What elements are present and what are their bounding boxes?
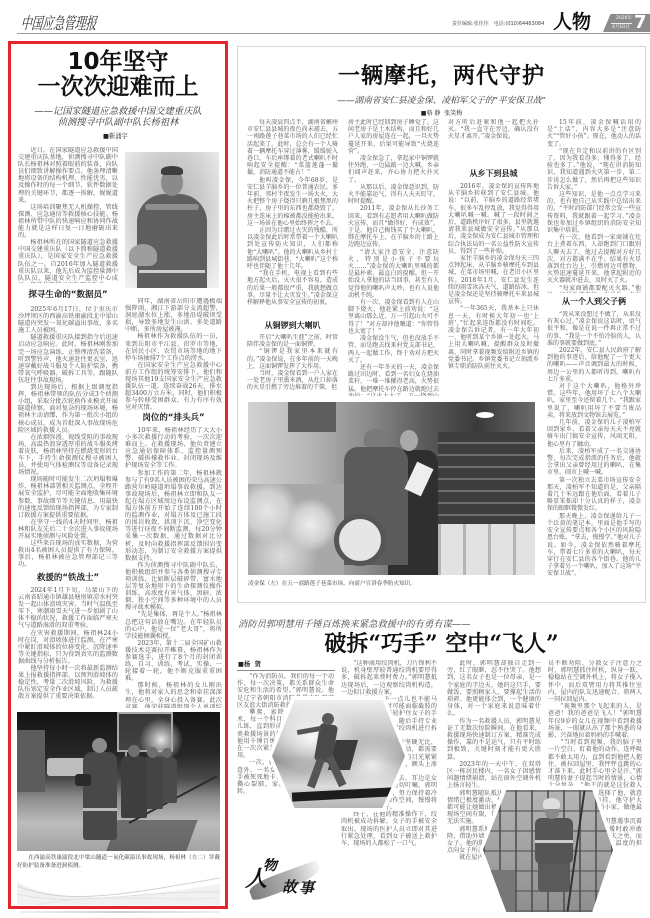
body-paragraph: 第一次独立去菜市场宣传安全那天，凌柏军不知道的是，父亲隔着几十米远跟在他后面，看… xyxy=(547,477,641,513)
byline-rule xyxy=(237,670,335,671)
body-paragraph: 同年，湖南省岳阳市遭遇极端强降雨，湘江下游部分支流超警，洞庭湖水位上涨，多地沿堤… xyxy=(125,298,222,333)
masthead-logo: 中国应急管理报 xyxy=(20,11,98,35)
section-heading: 从乡下到县城 xyxy=(448,168,539,179)
body-paragraph: “请大家注意安全，注意防火，特别是小孩子不要玩火……”凌金保的大喇叭里喊的都是最… xyxy=(348,249,439,299)
body-paragraph: “视频里那个飞起来的人，是爸爸！我的爸爸是飞人！”郭明慧年仅9岁的女儿在视频中看… xyxy=(548,703,642,739)
firefighter-yang-zulin xyxy=(83,752,117,840)
issue-date: 4月10日 xyxy=(612,25,630,30)
body-paragraph: 当时，凌金保看到一户人家在一处老房子里熏米酒，从灶口掉落的火星引燃了旁边堆着的干… xyxy=(247,370,338,392)
firefighter-figure xyxy=(121,756,147,818)
machinery xyxy=(17,730,45,792)
photo-caption: 在西渝高铁康渝段北中梁山隧道一氧化碳溢出事故现场，杨祖林（左二）穿戴好防护装备准… xyxy=(17,855,220,870)
subheadline-line-1: ——记国家隧道应急救援中国交建重庆队 xyxy=(11,106,225,117)
body-paragraph: 员不断劝阻、分散女子注意力之时，郭明慧抓住时机，纵身一跃，稳稳站在空调外机上，将… xyxy=(548,660,642,703)
body-paragraph: 那天晚上，凌金保递给儿子一个泛黄的笔记本，里面是他手写的安全宣传要点和各个小区的… xyxy=(547,513,641,578)
kicker-headline: 消防员郭明慧用千锤百炼换来紧急救援中的有勇有谋—— xyxy=(238,619,470,630)
body-paragraph: 对方听后赶紧和他一起把火扑灭。“我一直守在旁边，确认没有火星才离开。”凌金保说。 xyxy=(448,119,539,141)
body-paragraph: 杨祖林所在的国家隧道应急救援中国交建重庆队（以下简称隧道救援重庆队），是国家安全… xyxy=(18,239,118,283)
body-paragraph: 开启“大喇叭生涯”之前，时常陪伴凌金保的是一面铜锣。 xyxy=(247,334,338,348)
page-number: 7 xyxy=(634,13,647,33)
portrait-photo xyxy=(125,152,219,288)
logo-char: 事 xyxy=(299,881,314,896)
figure-leg xyxy=(307,758,325,789)
editor-name: 责任编辑:张佳佳 xyxy=(452,21,489,27)
hexagon-photo-frame xyxy=(268,696,409,812)
text-column-1b: 开启“大喇叭生涯”之前，时常陪伴凌金保的是一面铜锣。“铜锣是我家里本来就有的。”… xyxy=(247,334,338,395)
body-paragraph: 2022年，安仁县人民政府了解到他的事迹后，给他配了一个更大的喇叭——声音调到最… xyxy=(547,347,641,383)
body-paragraph: 作为侦测搜寻中队副中队长，他积极组织并参与各类侦测搜寻专项训练，比如断层破碎带、… xyxy=(125,562,222,612)
text-column-2: 房主此时已经回到房子睡觉了。这间老房子是土木结构，而且和好几户人家的房屋连在一起… xyxy=(348,119,439,396)
rescue-team-tunnel-photo xyxy=(17,712,220,851)
body-paragraph: 后来，凌柏军成了一名交通协警，每次完成指派的任务后，他就会拿出父亲曾经用过的喇叭… xyxy=(547,448,641,477)
date-divider xyxy=(611,23,632,24)
body-paragraph: 在国家安全生产应急救援中心前方工作组的统筹安排下，他们和现场其他19支国家安全生… xyxy=(125,362,222,411)
body-paragraph: 在浓烟弥漫、视线受阻的事故现场，高温热浪穿透厚重的战斗服炙烤着皮肤，杨祖林坚持在… xyxy=(18,434,118,477)
body-paragraph: 作为一名救援人员，郭明慧见证了无数次惊险瞬间。在他看来，救援现场快速制订方案、精… xyxy=(447,718,541,761)
shelves xyxy=(438,432,535,524)
article-guo-minghui: 消防员郭明慧用千锤百炼换来紧急救援中的有勇有谋—— 破拆“巧手” 空中“飞人” … xyxy=(237,606,646,918)
structure xyxy=(117,712,173,752)
article-ling-jinbao: 一辆摩托，两代守护 ——湖南省安仁县凌金保、凌柏军父子的“平安保卫战” ■骆 静… xyxy=(237,46,646,603)
body-paragraph: 有一次，凌金保看到有人在山脚下烧火，他赶紧上前劝说：“这里离山那么近，万一引起山… xyxy=(348,299,439,335)
body-paragraph: 现场随时可能发生二次坍塌和爆炸，杨祖林部署相关监测点，全程开展安全监护，尽可能全… xyxy=(18,476,118,519)
body-paragraph: 这些来自现场的真实数据，为营救出4名被困人员提供了有力保障。事后，杨祖林被应急管… xyxy=(18,540,118,568)
body-paragraph: 2023年，第十二届全国矿山救援技术竞赛拉开帷幕，杨祖林作为参赛选手，进行了8个… xyxy=(125,640,222,683)
cap xyxy=(364,429,388,447)
body-paragraph: 2025年6月17日，位于重庆市沙坪坝区的西渝高铁康渝段北中梁山隧道内突发一氧化… xyxy=(18,306,118,334)
body-paragraph: 近日，在国家隧道应急救援中国交建重庆队基地，侦测搜寻中队副中队长杨祖林对照着眼前… xyxy=(18,147,118,204)
body-paragraph: 对于这个大喇叭，他格外珍惜。这些年，他用坏了七八个大喇叭，家里至今还留着几个。“… xyxy=(547,383,641,419)
text-column-4b: “我从来没想过不做了，从来没有灰心过。”凌金保说这话时，语气很平和，像是在说一件… xyxy=(547,311,641,592)
body-paragraph: 杨祖林作为救援队伍的一员，来到岳阳市平江县、汨罗市等地，在居民小区、农贸市场等地… xyxy=(125,333,222,361)
text-column-1a: 近日，在国家隧道应急救援中国交建重庆队基地，侦测搜寻中队副中队长杨祖林对照着眼前… xyxy=(18,147,118,283)
body-paragraph: 隧道救援重庆队接到指令后迅速启动应急响应。此时，杨祖林刚参加完一场应急演练，正整… xyxy=(18,334,118,384)
frame-shadow xyxy=(20,911,220,913)
people-story-logo: 人 物 故 事 xyxy=(244,858,324,904)
editor-info: 责任编辑:张佳佳电话:(010)64463084 xyxy=(452,21,544,27)
issue-year: 2026年 xyxy=(616,16,632,21)
headline-line-2: 一次次迎难而上 xyxy=(11,75,225,100)
byline: ■骆 静 张笑梅 xyxy=(238,110,645,118)
body-paragraph: 凌金保没生气，但也没放手不管，而是跑去找来村党支部书记，两人一起做工作，终于劝对… xyxy=(348,335,439,364)
body-paragraph: 2016年，凌金保的宣传阵地从羊脑乡转移到了安仁县城。他说：“以前，羊脑乡的道路… xyxy=(448,183,539,255)
body-paragraph: “每家商铺都要配灭火器。”他说。这是他学来的，也是他一直在劝导的。 xyxy=(547,285,641,293)
body-paragraph: 凌金保急了，拿起家中铜锣就往外跑，一边猛敲一边大喊。乡亲们闻声赶来，齐心协力把火… xyxy=(348,155,439,184)
figure-helmet xyxy=(543,798,560,809)
firefighter-helmet xyxy=(162,748,172,758)
reflective-stripe xyxy=(83,808,117,811)
shop-sign xyxy=(288,402,336,432)
article-yang-zulin: 10年坚守 一次次迎难而上 ——记国家隧道应急救援中国交建重庆队 侦测搜寻中队副… xyxy=(8,41,228,909)
body-paragraph: 几年前，凌金保的儿子凌柏军回到家乡，看着父亲每天天不亮就骑车出门搞安全宣传，风雨… xyxy=(547,419,641,448)
firefighter-helmet xyxy=(92,738,107,753)
editor-phone: 电话:(010)64463084 xyxy=(494,21,545,27)
body-paragraph: 2011年，凌金保从长沙务工回来，看到有志愿者用大喇叭做防火宣传，而且“做得好，… xyxy=(348,205,439,248)
figure-hair xyxy=(161,166,183,175)
text-column-4a: 15年前，凌金保喊话用的是“土话”，内容大多是“注意防火”“管好小孩”。现在，他… xyxy=(547,119,641,293)
body-paragraph: 家住羊脑乡的凌金保每天三四点钟起床，从羊脑乡骑摩托车到县城，在菜市场里喊，在老旧… xyxy=(448,255,539,305)
body-paragraph: 那时候，杨祖林的女儿刚出生，他将对家人的思念和牵挂深深埋在心里，全身心投入备赛。… xyxy=(125,682,222,708)
logo-char: 故 xyxy=(282,880,297,895)
body-paragraph: “我在手机、电视上看到有些地方起火后，灭火很不容易，造成的后果一般都很严重，我就… xyxy=(247,270,338,306)
text-column-3a: 对方听后赶紧和他一起把火扑灭。“我一直守在旁边，确认没有火星才离开。”凌金保说。 xyxy=(448,119,539,166)
market-fire-safety-photo xyxy=(248,402,535,575)
shadow xyxy=(106,820,197,851)
megaphone xyxy=(334,514,386,566)
body-paragraph: 在坚守一线的4天时间里，杨祖林和队友先后二十余次进入事故现场开展实地侦测与风险处… xyxy=(18,519,118,540)
body-paragraph: 这场培训聚焦无人机操控、管线探测、应急通信等救援核心技能。杨祖林所带中队的快速响… xyxy=(18,204,118,239)
headline: 一辆摩托，两代守护 xyxy=(238,63,645,89)
reflective-stripe xyxy=(535,840,573,843)
firefighter-helmet xyxy=(128,745,140,757)
figure-strap xyxy=(145,204,199,210)
produce-bags xyxy=(248,484,344,575)
rope-rescue-training-photo xyxy=(483,790,613,912)
logo-char: 物 xyxy=(263,859,277,873)
rooftop-edge xyxy=(292,787,392,801)
leaping-firefighter-photo xyxy=(272,700,405,808)
text-column-2b: 10年来，杨祖林经历了大大小小多次救援行动的考验，一次次迎难而上。在救援现场，他… xyxy=(125,427,222,708)
text-column-1c: 2024年1月下旬，乌蒙山下的云南省昭通市镇雄县塘房镇凉水村突发一起山体滑坡灾害… xyxy=(18,587,118,708)
text-column-1a: 每天凌晨四点半，湖南省郴州市安仁县县城的夜色尚未褪去，五一南路莲子巷菜市场的人们… xyxy=(247,119,338,313)
body-paragraph: “铜锣是我家里本来就有的。”凌金保说，在多年前的一天晚上，这面铜锣发挥了大作用。 xyxy=(247,348,338,370)
body-paragraph: “现在肯定和以前讲的有区别了，因为我看得多、懂得多了，经验也多了。”他说，“现在… xyxy=(547,148,641,191)
subheadline-line-2: 侦测搜寻中队副中队长杨祖林 xyxy=(11,117,225,128)
body-paragraph: 2024年1月下旬，乌蒙山下的云南省昭通市镇雄县塘房镇凉水村突发一起山体滑坡灾害… xyxy=(18,587,118,630)
body-paragraph: 有一次，他看到一家商铺在灶台上煮着东西，人却跑到门口跟别人聊天去了。他过去提醒对… xyxy=(547,234,641,284)
hexagon-photo-frame xyxy=(479,786,617,916)
body-paragraph: 在灾害救援期间，杨祖林24小时在岗，对滑坡体进行监测，在严寒中紧盯滑坡体的位移变… xyxy=(18,630,118,665)
shopkeeper-head xyxy=(400,430,418,451)
header-divider xyxy=(17,33,650,34)
body-paragraph: 正因为目睹过火灾的残酷，所以凌金保此后时常带着一个大喇叭到处宣传防火知识，人们都… xyxy=(247,227,338,270)
section-heading: 从铜锣到大喇叭 xyxy=(247,320,338,331)
body-paragraph: 到达现场后，根据上级调度指挥，杨祖林带领的队伍分成3个侦测小组，采取分批次轮换作… xyxy=(18,384,118,434)
section-heading: 从一个人到父子俩 xyxy=(547,296,641,307)
body-paragraph: 15年前，凌金保喊话用的是“土话”，内容大多是“注意防火”“管好小孩”。现在，他… xyxy=(547,119,641,148)
section-heading: 救援的“铁战士” xyxy=(18,573,118,583)
text-column-2a: 同年，湖南省岳阳市遭遇极端强降雨，湘江下游部分支流超警，洞庭湖水位上涨，多地沿堤… xyxy=(125,298,222,411)
text-column-1b: 2025年6月17日，位于重庆市沙坪坝区的西渝高铁康渝段北中梁山隧道内突发一氧化… xyxy=(18,306,118,569)
section-heading: 岗位的“排头兵” xyxy=(125,413,222,423)
body-paragraph: 还有一年冬天的一天，凌金保路过田边时，看到一名妇女在烧油菜秆，一堆一堆摞得老高，… xyxy=(348,364,439,396)
body-paragraph: 房主此时已经回到房子睡觉了。这间老房子是土木结构，而且和好几户人家的房屋连在一起… xyxy=(348,119,439,155)
section-heading: 探寻生命的“数据员” xyxy=(18,290,118,300)
byline: ■靳涌宇 xyxy=(103,133,128,141)
section-title: 人物 xyxy=(553,12,591,32)
detector-device xyxy=(75,774,91,786)
body-paragraph: 此时，郭明慧却独自走到一旁，红了眼眶，忍不住哭了。他想到，这名女子也是一位母亲，… xyxy=(447,660,541,718)
reflective-stripe xyxy=(139,270,205,273)
helmet-in-hand xyxy=(129,244,157,266)
body-paragraph: “我从来没想过不做了，从来没有灰心过。”凌金保说这话时，语气很平和，像是在说一件… xyxy=(547,311,641,347)
body-paragraph: “这种商用绞肉机，刀片锋利不说，机身壁厚较普通绞肉机要厚得多，破拆起来费时费力。… xyxy=(341,660,437,696)
body-paragraph: 他坚持每小时一次将最新监测结果上报救援指挥部，以预判滑坡体的稳定性，考量二次滑坡… xyxy=(18,665,118,700)
body-paragraph: 每天凌晨四点半，湖南省郴州市安仁县县城的夜色尚未褪去，五一南路莲子巷菜市场的人们… xyxy=(247,119,338,177)
ceiling-lamp xyxy=(476,412,494,418)
decorative-wave xyxy=(17,872,220,905)
firefighter-helmet xyxy=(147,747,158,758)
body-paragraph: 10年来，杨祖林经历了大大小小多次救援行动的考验，一次次迎难而上。在救援现场，他… xyxy=(125,427,222,470)
headline-line-1: 10年坚守 xyxy=(11,50,225,75)
text-column-3b: 2016年，凌金保的宣传阵地从羊脑乡转移到了安仁县城。他说：“以前，羊脑乡的道路… xyxy=(448,183,539,396)
photo-caption: 凌金保（左）在五一商路莲子巷菜市场，向商户宣讲春季防火知识。 xyxy=(248,581,535,589)
body-paragraph: 终于，在他的精准操作下，绞肉机被成功拆解，女子的手被安全取出。现场的医护人员立即… xyxy=(341,811,437,847)
body-paragraph: 参加工作的第二年，杨祖林就参与了有9名人员被困的荣乌高速公路营尔岭隧道坍塌事故救… xyxy=(125,470,222,562)
date-page-badge: 2026年 4月10日 7 xyxy=(603,14,650,32)
body-paragraph: 2023年的一天中午，在双塔区一栋居民楼内，一名女子因感情问题情绪崩溃，站在窗外… xyxy=(447,761,541,790)
body-paragraph: 这些知识，是他一点点学习来的，也有他自己从实践中总结出来的。“平时消防部门经常会… xyxy=(547,191,641,234)
subheadline: ——记国家隧道应急救援中国交建重庆队 侦测搜寻中队副中队长杨祖林 xyxy=(11,106,225,128)
subheadline: ——湖南省安仁县凌金保、凌柏军父子的“平安保卫战” xyxy=(238,96,645,107)
body-paragraph: “先是集体，再是个人。”杨祖林总把这句话放在嘴边。在年轻队员的心中，他是一位“老… xyxy=(125,611,222,639)
headline: 破拆“巧手” 空中“飞人” xyxy=(237,631,646,657)
figure-helmet xyxy=(322,713,334,725)
body-paragraph: 从那以后，凌金保意识到，防火不能靠运气，得有人天天盯守，时时提醒。 xyxy=(348,184,439,206)
byline: ■杨 贺 xyxy=(238,661,261,669)
body-paragraph: 他叫凌金保，今年68岁，是安仁县羊脑乡的一位普通农民。多年前，邻村半夜发生一场大… xyxy=(247,177,338,227)
figure-legs xyxy=(538,860,570,892)
body-paragraph: “一年365天，我基本上只休息一天，有时候大年初一也‘上班’。”忙起来连饭都没有… xyxy=(448,305,539,370)
